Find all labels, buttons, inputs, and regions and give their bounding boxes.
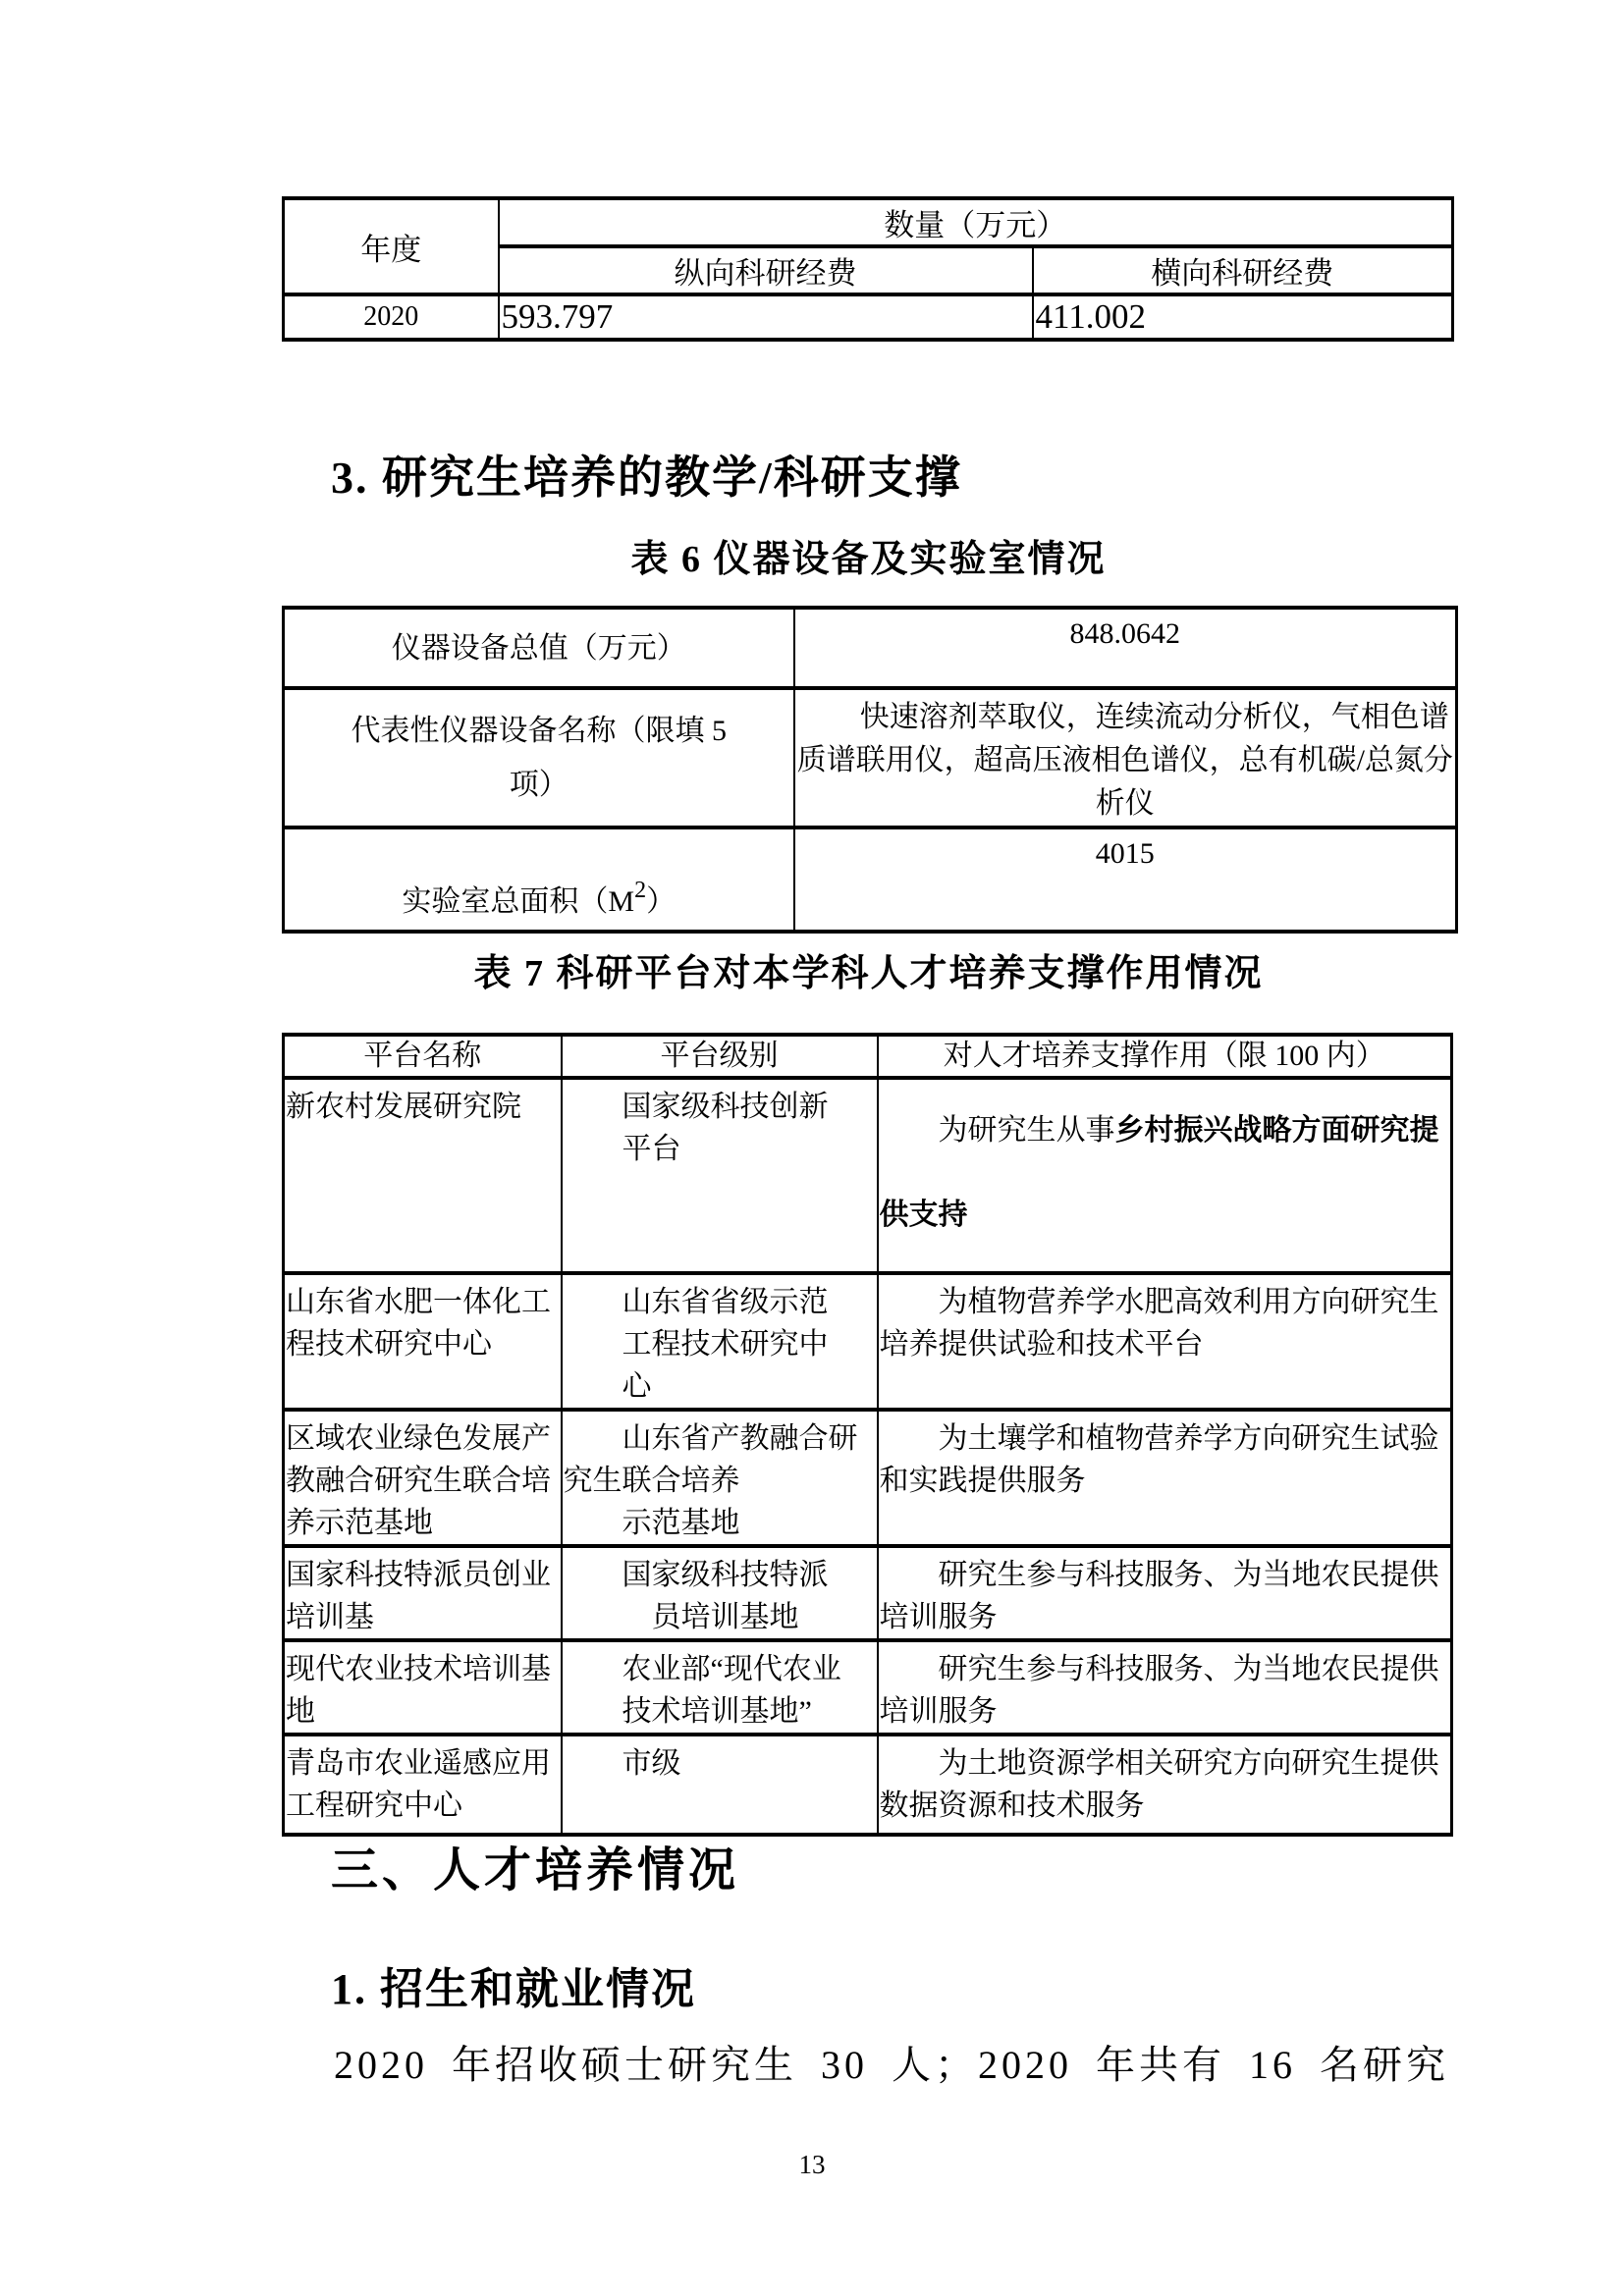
platform-effect-cell: 为土地资源学相关研究方向研究生提供 数据资源和技术服务: [878, 1735, 1452, 1835]
platform-name-cell: 新农村发展研究院: [284, 1078, 562, 1273]
platform-level-header: 平台级别: [562, 1035, 878, 1078]
platform-effect-cell: 研究生参与科技服务、为当地农民提供 培训服务: [878, 1640, 1452, 1735]
table-6-caption: 表 6 仪器设备及实验室情况: [282, 528, 1455, 582]
platform-level-cell: 市级: [562, 1735, 878, 1835]
platform-level-cell: 山东省省级示范 工程技术研究中 心: [562, 1273, 878, 1410]
platform-name-cell: 山东省水肥一体化工 程技术研究中心: [284, 1273, 562, 1410]
platform-name-cell: 区域农业绿色发展产 教融合研究生联合培 养示范基地: [284, 1410, 562, 1546]
platform-level-cell: 国家级科技创新 平台: [562, 1078, 878, 1273]
section-3-heading: 3. 研究生培养的教学/科研支撑: [331, 442, 962, 507]
funding-table: 年度 数量（万元） 纵向科研经费 横向科研经费 2020 593.797 411…: [282, 196, 1454, 342]
platform-row-4: 国家科技特派员创业 培训基 国家级科技特派 员培训基地 研究生参与科技服务、为当…: [284, 1546, 1452, 1640]
platform-name-header: 平台名称: [284, 1035, 562, 1078]
platform-effect-cell: 为研究生从事乡村振兴战略方面研究提供支持: [878, 1078, 1452, 1273]
representative-equipment-label: 代表性仪器设备名称（限填 5 项）: [284, 688, 794, 828]
funding-horizontal-header-cell: 横向科研经费: [1033, 246, 1453, 294]
funding-vertical-value-cell: 593.797: [499, 294, 1033, 340]
enrollment-paragraph: 2020 年招收硕士研究生 30 人；2020 年共有 16 名研究: [334, 2034, 1473, 2090]
platform-effect-cell: 为植物营养学水肥高效利用方向研究生 培养提供试验和技术平台: [878, 1273, 1452, 1410]
funding-vertical-header-cell: 纵向科研经费: [499, 246, 1033, 294]
table-7-caption: 表 7 科研平台对本学科人才培养支撑作用情况: [282, 942, 1455, 996]
lab-area-label-text: 实验室总面积（M: [402, 885, 634, 918]
effect-text-bold-line2: 供支持: [880, 1199, 968, 1231]
funding-year-cell: 2020: [284, 294, 499, 340]
funding-header-row-1: 年度 数量（万元）: [284, 198, 1453, 246]
platform-header-row: 平台名称 平台级别 对人才培养支撑作用（限 100 内）: [284, 1035, 1452, 1078]
equipment-total-value-cell: 848.0642: [794, 608, 1457, 688]
effect-text-regular: 为研究生从事: [880, 1114, 1115, 1147]
lab-area-label-close: ）: [646, 885, 676, 918]
platform-level-cell: 山东省产教融合研 究生联合培养 示范基地: [562, 1410, 878, 1546]
section-iii-heading: 三、人才培养情况: [331, 1832, 739, 1899]
platform-effect-cell: 为土壤学和植物营养学方向研究生试验 和实践提供服务: [878, 1410, 1452, 1546]
platform-level-cell: 国家级科技特派 员培训基地: [562, 1546, 878, 1640]
platform-row-2: 山东省水肥一体化工 程技术研究中心 山东省省级示范 工程技术研究中 心 为植物营…: [284, 1273, 1452, 1410]
funding-year-header-cell: 年度: [284, 198, 499, 294]
platform-row-5: 现代农业技术培训基 地 农业部“现代农业 技术培训基地” 研究生参与科技服务、为…: [284, 1640, 1452, 1735]
document-page: 年度 数量（万元） 纵向科研经费 横向科研经费 2020 593.797 411…: [0, 0, 1624, 2296]
platform-name-cell: 青岛市农业遥感应用 工程研究中心: [284, 1735, 562, 1835]
equipment-table: 仪器设备总值（万元） 848.0642 代表性仪器设备名称（限填 5 项） 快速…: [282, 606, 1458, 934]
platform-effect-cell: 研究生参与科技服务、为当地农民提供 培训服务: [878, 1546, 1452, 1640]
lab-area-superscript: 2: [634, 878, 646, 903]
platform-row-6: 青岛市农业遥感应用 工程研究中心 市级 为土地资源学相关研究方向研究生提供 数据…: [284, 1735, 1452, 1835]
lab-area-value-cell: 4015: [794, 828, 1457, 932]
platform-table: 平台名称 平台级别 对人才培养支撑作用（限 100 内） 新农村发展研究院 国家…: [282, 1033, 1453, 1837]
platform-name-cell: 现代农业技术培训基 地: [284, 1640, 562, 1735]
platform-level-cell: 农业部“现代农业 技术培训基地”: [562, 1640, 878, 1735]
effect-text-bold: 乡村振兴战略方面研究提: [1115, 1114, 1439, 1147]
lab-area-row: 实验室总面积（M2） 4015: [284, 828, 1457, 932]
equipment-total-value-row: 仪器设备总值（万元） 848.0642: [284, 608, 1457, 688]
page-number: 13: [0, 2150, 1624, 2180]
lab-area-label: 实验室总面积（M2）: [284, 828, 794, 932]
platform-row-3: 区域农业绿色发展产 教融合研究生联合培 养示范基地 山东省产教融合研 究生联合培…: [284, 1410, 1452, 1546]
platform-name-cell: 国家科技特派员创业 培训基: [284, 1546, 562, 1640]
platform-row-1: 新农村发展研究院 国家级科技创新 平台 为研究生从事乡村振兴战略方面研究提供支持: [284, 1078, 1452, 1273]
representative-equipment-cell: 快速溶剂萃取仪，连续流动分析仪，气相色谱 质谱联用仪，超高压液相色谱仪，总有机碳…: [794, 688, 1457, 828]
section-1-heading: 1. 招生和就业情况: [331, 1953, 696, 2016]
funding-horizontal-value-cell: 411.002: [1033, 294, 1453, 340]
representative-equipment-row: 代表性仪器设备名称（限填 5 项） 快速溶剂萃取仪，连续流动分析仪，气相色谱 质…: [284, 688, 1457, 828]
platform-effect-header: 对人才培养支撑作用（限 100 内）: [878, 1035, 1452, 1078]
funding-data-row: 2020 593.797 411.002: [284, 294, 1453, 340]
funding-amount-header-cell: 数量（万元）: [499, 198, 1453, 246]
equipment-total-value-label: 仪器设备总值（万元）: [284, 608, 794, 688]
